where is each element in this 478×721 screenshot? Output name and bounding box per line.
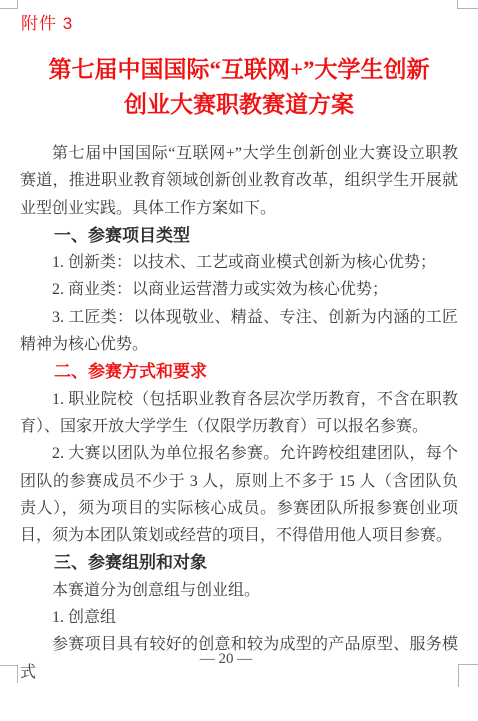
section3-paragraph-1: 本赛道分为创意组与创业组。 — [20, 577, 458, 604]
document-title-line2: 创业大赛职教赛道方案 — [0, 87, 478, 122]
crop-mark-bottom-right — [458, 664, 478, 687]
section1-item-1: 1. 创新类：以技术、工艺或商业模式创新为核心优势； — [20, 249, 458, 276]
section2-heading: 二、参赛方式和要求 — [20, 358, 458, 385]
section2-paragraph-2: 2. 大赛以团队为单位报名参赛。允许跨校组建团队，每个团队的参赛成员不少于 3 … — [20, 440, 458, 549]
attachment-label: 附件 3 — [21, 9, 73, 34]
crop-mark-top-right — [457, 0, 478, 9]
section1-item-2: 2. 商业类：以商业运营潜力或实效为核心优势； — [20, 276, 458, 303]
section2-paragraph-1: 1. 职业院校（包括职业教育各层次学历教育，不含在职教育）、国家开放大学学生（仅… — [20, 386, 458, 441]
crop-mark-top-left — [0, 0, 18, 9]
page-number: — 20 — — [0, 651, 452, 668]
section1-item-3: 3. 工匠类：以体现敬业、精益、专注、创新为内涵的工匠精神为核心优势。 — [20, 304, 458, 359]
section1-heading: 一、参赛项目类型 — [20, 222, 458, 249]
section3-heading: 三、参赛组别和对象 — [20, 549, 458, 576]
section3-paragraph-2: 1. 创意组 — [20, 604, 458, 631]
document-title: 第七届中国国际“互联网+”大学生创新 创业大赛职教赛道方案 — [0, 52, 478, 122]
intro-paragraph: 第七届中国国际“互联网+”大学生创新创业大赛设立职教赛道，推进职业教育领域创新创… — [20, 140, 458, 222]
document-page: 附件 3 第七届中国国际“互联网+”大学生创新 创业大赛职教赛道方案 第七届中国… — [0, 0, 478, 721]
document-body: 第七届中国国际“互联网+”大学生创新创业大赛设立职教赛道，推进职业教育领域创新创… — [20, 140, 458, 686]
document-title-line1: 第七届中国国际“互联网+”大学生创新 — [0, 52, 478, 87]
